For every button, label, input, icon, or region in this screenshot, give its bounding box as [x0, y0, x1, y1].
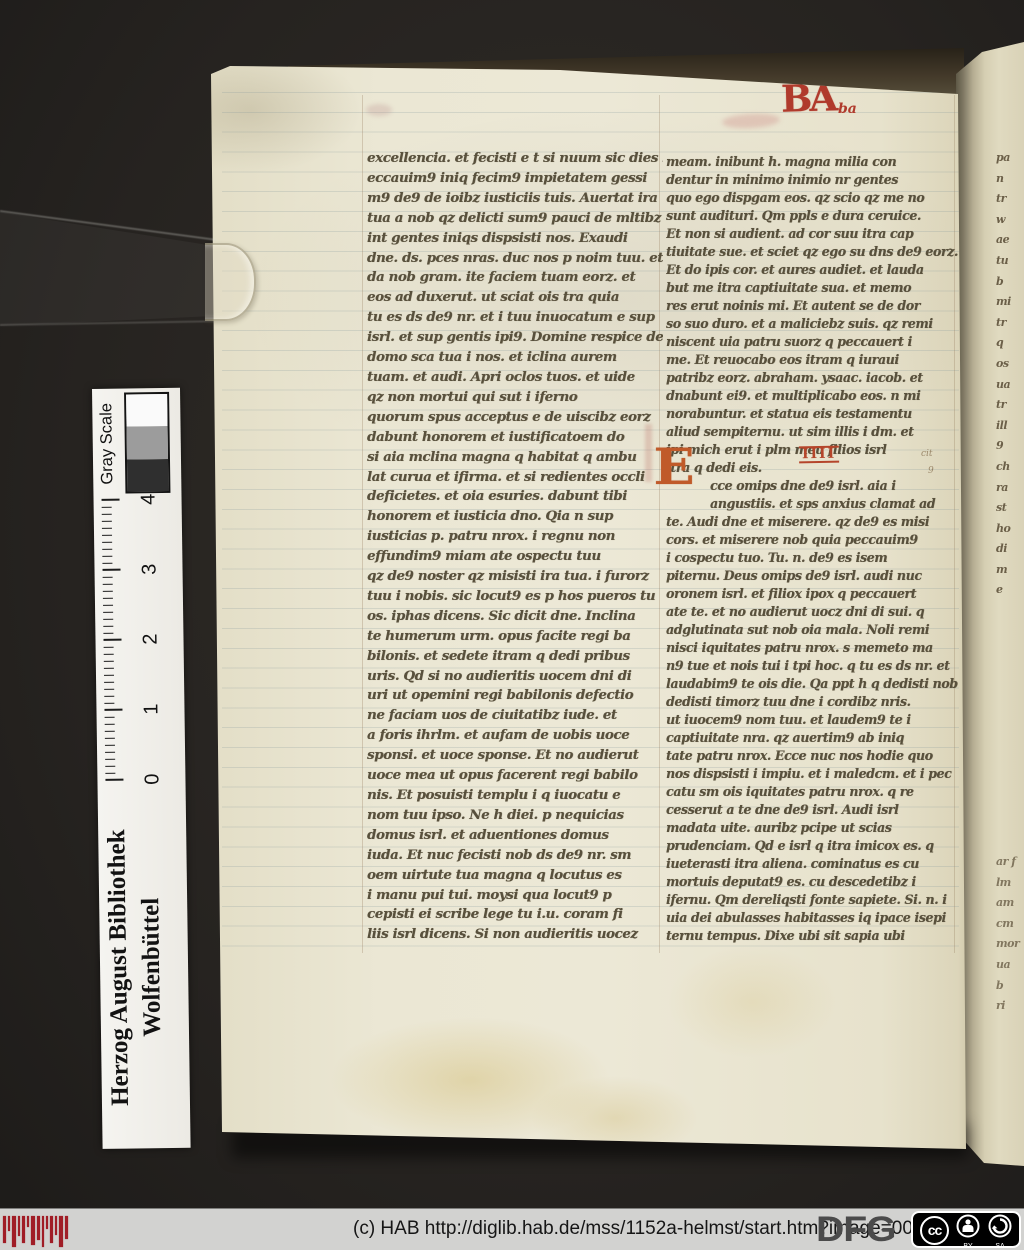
manuscript-text-line: ate te. et no audierut uocz dni di sui. … — [666, 603, 958, 621]
calibration-bar — [65, 1216, 68, 1239]
text-fragment: e — [996, 580, 1024, 601]
text-fragment: st — [996, 498, 1024, 519]
manuscript-text-line: Et do ipis cor. et aures audiet. et laud… — [666, 261, 958, 279]
ruler-tick — [104, 703, 114, 704]
ruler-tick — [102, 542, 112, 543]
ruler-tick — [105, 724, 115, 725]
text-fragment: tr — [996, 189, 1024, 210]
cc-icon: cc — [920, 1216, 949, 1245]
ruler-tick — [102, 535, 112, 536]
attribution-person-icon — [956, 1214, 980, 1238]
manuscript-text-line: cce omips dne de9 isrl. aia i — [710, 477, 958, 495]
text-fragment: ae — [996, 230, 1024, 251]
text-fragment: ill — [996, 416, 1024, 437]
text-fragment: tr — [996, 395, 1024, 416]
text-fragment: tu — [996, 251, 1024, 272]
manuscript-text-line: laudabim9 te ois die. Qa ppt h q dedisti… — [666, 675, 958, 693]
ruler-tick — [105, 731, 115, 732]
text-fragment: os — [996, 354, 1024, 375]
ruler-tick — [103, 633, 113, 634]
manuscript-text-line: bilonis. et sedete itram q dedi pribus — [367, 647, 663, 667]
ruler-tick — [102, 549, 112, 550]
text-fragment: tr — [996, 313, 1024, 334]
text-fragment: ua — [996, 955, 1024, 976]
manuscript-text-line: nos dispsisti i impiu. et i maledcm. et … — [666, 765, 958, 783]
manuscript-text-line: oem uirtute tua magna q locutus es — [367, 866, 663, 886]
manuscript-text-line: excellencia. et fecisti e t si nuum sic … — [367, 149, 663, 169]
running-title-small: ba — [838, 101, 857, 117]
manuscript-text-line: int gentes iniqs dispsisti nos. Exaudi — [367, 229, 663, 249]
calibration-bar — [55, 1216, 57, 1235]
manuscript-text-line: tuam. et audi. Apri oclos tuos. et uide — [367, 368, 663, 388]
margin-note: cit — [921, 449, 933, 459]
manuscript-text-line: tu es ds de9 nr. et i tuu inuocatum e su… — [367, 308, 663, 328]
manuscript-text-line: me. Et reuocabo eos itram q iuraui — [666, 351, 958, 369]
manuscript-text-line: deficietes. et oia esuries. dabunt tibi — [367, 487, 663, 507]
manuscript-text-line: te humerum urm. opus facite regi ba — [367, 627, 663, 647]
manuscript-text-line: ne faciam uos de ciuitatibz iude. et — [367, 706, 663, 726]
dfg-logo: DFG — [816, 1210, 895, 1250]
manuscript-text-line: madata uite. auribz pcipe ut scias — [666, 819, 958, 837]
manuscript-text-line: but me itra captiuitate sua. et memo — [666, 279, 958, 297]
creative-commons-badge: cc BY SA — [911, 1211, 1021, 1248]
calibration-bar — [3, 1216, 6, 1243]
manuscript-text-line: uia dei abulasses habitasses iq ipace is… — [666, 909, 958, 927]
manuscript-text-line: effundim9 miam ate ospectu tuu — [367, 547, 663, 567]
manuscript-text-line: qz non mortui qui sut i iferno — [367, 388, 663, 408]
manuscript-text-line: ut iuocem9 nom tuu. et laudem9 te i — [666, 711, 958, 729]
ruler-tick — [104, 654, 114, 655]
ruler-tick — [104, 682, 114, 683]
manuscript-text-line: te. Audi dne et miserere. qz de9 es misi — [666, 513, 958, 531]
ruler-tick — [103, 591, 113, 592]
manuscript-text-line: res erut noinis mi. Et autent se de dor — [666, 297, 958, 315]
manuscript-text-line: catu sm ois iquitates patru nrox. q re — [666, 783, 958, 801]
manuscript-text-line: cepisti ei scribe lege tu i.u. coram fi — [367, 905, 663, 925]
manuscript-text-line: a foris ihrlm. et aufam de uobis uoce — [367, 726, 663, 746]
calibration-bar — [50, 1216, 53, 1243]
manuscript-text-line: norabuntur. et statua eis testamentu — [666, 405, 958, 423]
manuscript-text-line: aliud sempiternu. ut sim illis i dm. et — [666, 423, 958, 441]
manuscript-text-line: quorum spus acceptus e de uiscibz eorz — [367, 408, 663, 428]
manuscript-text-line: tuu i nobis. sic locut9 es p hos pueros … — [367, 587, 663, 607]
calibration-bar — [59, 1216, 63, 1247]
text-fragment: ri — [996, 996, 1024, 1017]
ruler-tick — [104, 661, 114, 662]
text-fragment: pa — [996, 148, 1024, 169]
ruler-tick — [104, 668, 114, 669]
text-fragment: b — [996, 976, 1024, 997]
text-fragment: ra — [996, 478, 1024, 499]
ruler-tick — [104, 696, 114, 697]
ruler-tick — [105, 766, 115, 767]
manuscript-text-line: qz de9 noster qz misisti ira tua. i furo… — [367, 567, 663, 587]
manuscript-text-line: iueterasti itra aliena. cominatus es cu — [666, 855, 958, 873]
manuscript-text-line: m9 de9 de ioibz iusticiis tuis. Auertat … — [367, 189, 663, 209]
manuscript-text-line: honorem et iusticia dno. Qia n sup — [367, 507, 663, 527]
ruler-tick — [103, 605, 113, 606]
manuscript-text-line: i cospectu tuo. Tu. n. de9 es isem — [666, 549, 958, 567]
calibration-bar — [12, 1216, 16, 1247]
column-rule-left — [362, 95, 363, 953]
manuscript-text-line: cors. et miserere nob quia peccauim9 — [666, 531, 958, 549]
manuscript-text-line: patribz eorz. abraham. ysaac. iacob. et — [666, 369, 958, 387]
text-fragment: lm — [996, 873, 1024, 894]
calibration-bar — [37, 1216, 40, 1240]
ruler-tick — [102, 521, 112, 522]
rubricated-initial: E — [653, 444, 694, 490]
text-fragment: am — [996, 893, 1024, 914]
text-fragment: 9 — [996, 436, 1024, 457]
ruler-number: 2 — [139, 625, 162, 653]
ruler-tick — [102, 499, 120, 501]
manuscript-text-line: uri ut opemini regi babilonis defectio — [367, 686, 663, 706]
text-fragment: mi — [996, 292, 1024, 313]
cc-sa-group: SA — [987, 1214, 1013, 1250]
ruler-tick — [102, 514, 112, 515]
footer-bar: (c) HAB http://diglib.hab.de/mss/1152a-h… — [0, 1208, 1024, 1250]
sa-label: SA — [987, 1243, 1013, 1250]
ruler-tick — [102, 507, 112, 508]
manuscript-text-line: iusticias p. patru nrox. i regnu non — [367, 527, 663, 547]
calibration-card: Herzog August Bibliothek Wolfenbüttel 01… — [92, 388, 191, 1149]
ruler-tick — [103, 619, 113, 620]
ruler-number: 1 — [140, 695, 163, 723]
chapter-numeral: IIII — [799, 446, 839, 464]
manuscript-text-line: si aia mclina magna q habitat q ambu — [367, 448, 663, 468]
manuscript-text-line: domus isrl. et aduentiones domus — [367, 826, 663, 846]
color-calibration-barcode — [3, 1216, 68, 1247]
text-column-right-lower: te. Audi dne et miserere. qz de9 es misi… — [666, 513, 958, 945]
manuscript-text-line: captiuitate nra. qz auertim9 ab iniq — [666, 729, 958, 747]
next-page-text-fragments-lower: ar flmamcmmoruabri — [996, 852, 1024, 1017]
gray-scale-patch — [124, 392, 170, 494]
by-label: BY — [955, 1243, 981, 1250]
gray-scale-segment — [127, 459, 168, 492]
ruler-tick — [103, 598, 113, 599]
text-fragment: w — [996, 210, 1024, 231]
calibration-bar — [18, 1216, 20, 1236]
ruler-tick — [105, 752, 115, 753]
calibration-bar — [8, 1216, 10, 1231]
manuscript-text-line: os. iphas dicens. Sic dicit dne. Inclina — [367, 607, 663, 627]
calibration-bar — [27, 1216, 29, 1227]
share-alike-arrow-icon — [988, 1214, 1012, 1238]
ruler-number: 3 — [138, 555, 161, 583]
ruler-tick — [103, 569, 121, 571]
ruler-tick — [105, 779, 123, 781]
manuscript-text-line: meam. inibunt h. magna milia con — [666, 153, 958, 171]
manuscript-text-line: angustiis. et sps anxius clamat ad — [710, 495, 958, 513]
cc-by-group: BY — [955, 1214, 981, 1250]
manuscript-text-line: tate patru nrox. Ecce nuc nos hodie quo — [666, 747, 958, 765]
library-name-line1: Herzog August Bibliothek — [101, 790, 138, 1144]
gray-scale-target: Gray Scale — [92, 390, 181, 497]
manuscript-text-line: so suo duro. et a maliciebz suis. qz rem… — [666, 315, 958, 333]
text-fragment: di — [996, 539, 1024, 560]
text-fragment: mor — [996, 934, 1024, 955]
ruler-tick — [105, 717, 115, 718]
ruler-tick — [104, 709, 122, 711]
manuscript-text-line: dentur in minimo inimio nr gentes — [666, 171, 958, 189]
manuscript-text-line: mortuis deputat9 es. cu descedetibz i — [666, 873, 958, 891]
manuscript-text-line: uris. Qd si no audieritis uocem dni di — [367, 667, 663, 687]
manuscript-text-line: sponsi. et uoce sponse. Et no audierut — [367, 746, 663, 766]
faint-pencil-mark — [366, 104, 392, 116]
ruler-tick — [103, 626, 113, 627]
manuscript-text-line: lat curua et ifirma. et si redientes occ… — [367, 468, 663, 488]
ruler-tick — [104, 647, 114, 648]
ruler-number: 0 — [141, 765, 164, 793]
manuscript-text-line: sunt audituri. Qm ppls e dura ceruice. — [666, 207, 958, 225]
manuscript-text-line: prudenciam. Qd e isrl q itra imicox es. … — [666, 837, 958, 855]
library-name: Herzog August Bibliothek Wolfenbüttel — [101, 790, 188, 1145]
manuscript-text-line: nom tuu ipso. Ne h diei. p nequicias — [367, 806, 663, 826]
manuscript-text-line: piternu. Deus omips de9 isrl. audi nuc — [666, 567, 958, 585]
manuscript-text-line: ternu tempus. Dixe ubi sit sapia ubi — [666, 927, 958, 945]
gray-scale-segment — [127, 426, 168, 459]
manuscript-text-line: niscent uia patru suorz q peccauert i — [666, 333, 958, 351]
next-page-text-fragments: pantrwaetubmitrqosuatrill9chrasthodime — [996, 148, 1024, 601]
text-fragment: n — [996, 169, 1024, 190]
manuscript-text-line: tua a nob qz delicti sum9 pauci de mltib… — [367, 209, 663, 229]
calibration-bar — [22, 1216, 25, 1243]
manuscript-text-line: dne. ds. pces nras. duc nos p noim tuu. … — [367, 249, 663, 269]
text-column-left: excellencia. et fecisti e t si nuum sic … — [367, 149, 663, 945]
manuscript-text-line: cesserut a te dne de9 isrl. Audi isrl — [666, 801, 958, 819]
calibration-bar — [31, 1216, 35, 1245]
ruler-tick — [104, 689, 114, 690]
ruler-tick — [102, 528, 112, 529]
gray-scale-label: Gray Scale — [97, 391, 117, 497]
manuscript-text-line: dabunt honorem et iustificatoem do — [367, 428, 663, 448]
calibration-bar — [42, 1216, 44, 1247]
text-fragment: ho — [996, 519, 1024, 540]
margin-note: 9 — [928, 466, 934, 476]
ruler-tick — [103, 612, 113, 613]
ruler-tick — [105, 773, 115, 774]
text-fragment: m — [996, 560, 1024, 581]
manuscript-text-line: quo ego dispgam eos. qz scio qz me no — [666, 189, 958, 207]
ruler-tick — [102, 563, 112, 564]
ruler-tick — [102, 556, 112, 557]
manuscript-text-line: dedisti timorz tuu dne i cordibz nris. — [666, 693, 958, 711]
ruler-tick — [103, 577, 113, 578]
manuscript-text-line: liis isrl dicens. Si non audieritis uoce… — [367, 925, 663, 945]
ruler-tick — [105, 759, 115, 760]
calibration-bar — [46, 1216, 48, 1229]
manuscript-text-line: uoce mea ut opus facerent regi babilo — [367, 766, 663, 786]
manuscript-text-line: tiuitate sue. et sciet qz ego su dns de9… — [666, 243, 958, 261]
manuscript-text-line: eos ad duxerut. ut sciat ois tra quia — [367, 288, 663, 308]
text-column-right-initial-lines: cce omips dne de9 isrl. aia iangustiis. … — [710, 477, 958, 513]
ruler-tick — [105, 745, 115, 746]
manuscript-text-line: Et non si audient. ad cor suu itra cap — [666, 225, 958, 243]
manuscript-text-line: nisci iquitates patru nrox. s memeto ma — [666, 639, 958, 657]
text-fragment: ua — [996, 375, 1024, 396]
manuscript-text-line: adglutinata sut nob oia mala. Noli remi — [666, 621, 958, 639]
manuscript-text-line: nis. Et posuisti templu i q iuocatu e — [367, 786, 663, 806]
library-name-line2: Wolfenbüttel — [133, 790, 170, 1144]
text-fragment: ch — [996, 457, 1024, 478]
digitized-manuscript-photo: pantrwaetubmitrqosuatrill9chrasthodime a… — [0, 0, 1024, 1250]
ruler-tick — [103, 584, 113, 585]
manuscript-text-line: ifernu. Qm dereliqsti fonte sapiete. Si.… — [666, 891, 958, 909]
manuscript-text-line: iuda. Et nuc fecisti nob ds de9 nr. sm — [367, 846, 663, 866]
text-fragment: cm — [996, 914, 1024, 935]
ruler-tick — [103, 639, 121, 641]
manuscript-text-line: oronem isrl. et filiox ipox q peccauert — [666, 585, 958, 603]
text-fragment: ar f — [996, 852, 1024, 873]
manuscript-text-line: domo sca tua i nos. et iclina aurem — [367, 348, 663, 368]
manuscript-text-line: isrl. et sup gentis ipi9. Domine respice… — [367, 328, 663, 348]
text-column-right-upper: meam. inibunt h. magna milia condentur i… — [666, 153, 958, 477]
manuscript-text-line: da nob gram. ite faciem tuam eorz. et — [367, 268, 663, 288]
manuscript-text-line: n9 tue et nois tui i tpi hoc. q tu es ds… — [666, 657, 958, 675]
measurement-ruler: 01234 — [93, 490, 185, 789]
ruler-tick — [104, 675, 114, 676]
manuscript-text-line: eccauim9 iniq fecim9 impietatem gessi — [367, 169, 663, 189]
text-fragment: q — [996, 333, 1024, 354]
gray-scale-segment — [126, 394, 167, 427]
manuscript-text-line: i manu pui tui. moysi qua locut9 p — [367, 886, 663, 906]
ruler-tick — [105, 738, 115, 739]
text-fragment: b — [996, 272, 1024, 293]
manuscript-text-line: dnabunt ei9. et multiplicabo eos. n mi — [666, 387, 958, 405]
